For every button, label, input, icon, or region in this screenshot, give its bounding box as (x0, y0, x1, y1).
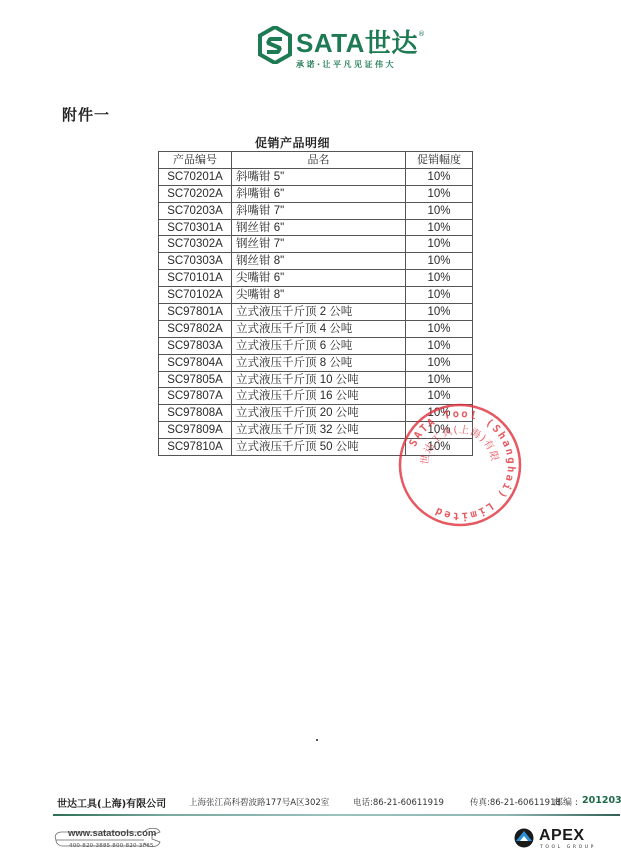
discount-cell: 10% (406, 337, 473, 354)
table-row: SC97803A立式液压千斤顶 6 公吨10% (159, 337, 473, 354)
table-row: SC70102A尖嘴钳 8"10% (159, 287, 473, 304)
table-title: 促销产品明细 (255, 134, 330, 151)
discount-cell: 10% (406, 253, 473, 270)
apex-mountain-icon (514, 828, 534, 848)
discount-cell: 10% (406, 270, 473, 287)
table-header-row: 产品编号 品名 促销幅度 (159, 152, 473, 169)
footer-company: 世达工具(上海)有限公司 (57, 795, 166, 810)
product-name-cell: 立式液压千斤顶 32 公吨 (232, 422, 406, 439)
footer-zip: 201203 (582, 795, 621, 806)
discount-cell: 10% (406, 168, 473, 185)
discount-cell: 10% (406, 371, 473, 388)
table-row: SC97802A立式液压千斤顶 4 公吨10% (159, 320, 473, 337)
product-code-cell: SC70303A (159, 253, 232, 270)
discount-cell: 10% (406, 439, 473, 456)
table-row: SC70302A钢丝钳 7"10% (159, 236, 473, 253)
discount-cell: 10% (406, 354, 473, 371)
product-code-cell: SC97805A (159, 371, 232, 388)
column-header-discount: 促销幅度 (406, 152, 473, 169)
sata-logo: SATA世达 ® 承诺·让平凡见证伟大 (258, 26, 448, 74)
sata-hexagon-icon (258, 26, 292, 64)
product-name-cell: 斜嘴钳 7" (232, 202, 406, 219)
attachment-title: 附件一 (62, 104, 110, 125)
product-name-cell: 立式液压千斤顶 10 公吨 (232, 371, 406, 388)
footer-phone: 电话:86-21-60611919 (353, 796, 444, 808)
product-code-cell: SC70102A (159, 287, 232, 304)
discount-cell: 10% (406, 236, 473, 253)
discount-cell: 10% (406, 422, 473, 439)
product-code-cell: SC97802A (159, 320, 232, 337)
product-name-cell: 钢丝钳 6" (232, 219, 406, 236)
table-row: SC70101A尖嘴钳 6"10% (159, 270, 473, 287)
discount-cell: 10% (406, 304, 473, 321)
registered-mark: ® (418, 30, 425, 38)
table-row: SC97810A立式液压千斤顶 50 公吨10% (159, 439, 473, 456)
table-row: SC97805A立式液压千斤顶 10 公吨10% (159, 371, 473, 388)
table-row: SC70202A斜嘴钳 6"10% (159, 185, 473, 202)
product-name-cell: 尖嘴钳 6" (232, 270, 406, 287)
discount-cell: 10% (406, 287, 473, 304)
scan-speck (316, 739, 318, 741)
column-header-name: 品名 (232, 152, 406, 169)
footer-divider (53, 814, 620, 816)
logo-slogan: 承诺·让平凡见证伟大 (296, 59, 396, 70)
product-code-cell: SC97809A (159, 422, 232, 439)
table-row: SC97804A立式液压千斤顶 8 公吨10% (159, 354, 473, 371)
product-name-cell: 斜嘴钳 6" (232, 185, 406, 202)
discount-cell: 10% (406, 219, 473, 236)
apex-logo: APEX TOOL GROUP (514, 828, 614, 854)
product-name-cell: 立式液压千斤顶 8 公吨 (232, 354, 406, 371)
product-name-cell: 钢丝钳 7" (232, 236, 406, 253)
table-row: SC70301A钢丝钳 6"10% (159, 219, 473, 236)
product-name-cell: 钢丝钳 8" (232, 253, 406, 270)
discount-cell: 10% (406, 320, 473, 337)
product-code-cell: SC70201A (159, 168, 232, 185)
table-row: SC97801A立式液压千斤顶 2 公吨10% (159, 304, 473, 321)
website-url[interactable]: www.satatools.com (68, 828, 156, 839)
product-code-cell: SC70101A (159, 270, 232, 287)
product-name-cell: 立式液压千斤顶 6 公吨 (232, 337, 406, 354)
product-name-cell: 立式液压千斤顶 20 公吨 (232, 405, 406, 422)
table-row: SC70203A斜嘴钳 7"10% (159, 202, 473, 219)
hotline-numbers: 400-820-3885 800-820-3885 (69, 843, 154, 849)
website-badge[interactable]: www.satatools.com 400-820-3885 800-820-3… (52, 826, 164, 856)
product-name-cell: 斜嘴钳 5" (232, 168, 406, 185)
product-code-cell: SC70203A (159, 202, 232, 219)
product-code-cell: SC70302A (159, 236, 232, 253)
table-row: SC97809A立式液压千斤顶 32 公吨10% (159, 422, 473, 439)
footer-info: 世达工具(上海)有限公司 上海张江高科碧波路177号A区302室 电话:86-2… (57, 795, 613, 811)
footer-address: 上海张江高科碧波路177号A区302室 (189, 796, 329, 808)
discount-cell: 10% (406, 405, 473, 422)
table-row: SC97807A立式液压千斤顶 16 公吨10% (159, 388, 473, 405)
product-code-cell: SC97810A (159, 439, 232, 456)
table-row: SC97808A立式液压千斤顶 20 公吨10% (159, 405, 473, 422)
product-name-cell: 立式液压千斤顶 16 公吨 (232, 388, 406, 405)
logo-wordmark: SATA世达 (296, 28, 418, 58)
product-code-cell: SC97803A (159, 337, 232, 354)
product-code-cell: SC70301A (159, 219, 232, 236)
table-row: SC70303A钢丝钳 8"10% (159, 253, 473, 270)
footer-zip-label: 邮编 : (554, 795, 578, 808)
column-header-code: 产品编号 (159, 152, 232, 169)
product-code-cell: SC97807A (159, 388, 232, 405)
product-name-cell: 立式液压千斤顶 2 公吨 (232, 304, 406, 321)
apex-subtitle: TOOL GROUP (540, 845, 596, 850)
discount-cell: 10% (406, 185, 473, 202)
product-code-cell: SC97808A (159, 405, 232, 422)
product-name-cell: 尖嘴钳 8" (232, 287, 406, 304)
discount-cell: 10% (406, 202, 473, 219)
apex-wordmark: APEX (539, 827, 585, 845)
product-name-cell: 立式液压千斤顶 50 公吨 (232, 439, 406, 456)
discount-cell: 10% (406, 388, 473, 405)
table-body: SC70201A斜嘴钳 5"10%SC70202A斜嘴钳 6"10%SC7020… (159, 168, 473, 455)
table-row: SC70201A斜嘴钳 5"10% (159, 168, 473, 185)
product-code-cell: SC97804A (159, 354, 232, 371)
promotion-table: 产品编号 品名 促销幅度 SC70201A斜嘴钳 5"10%SC70202A斜嘴… (158, 151, 473, 456)
footer-fax: 传真:86-21-60611918 (470, 796, 561, 808)
product-code-cell: SC70202A (159, 185, 232, 202)
product-name-cell: 立式液压千斤顶 4 公吨 (232, 320, 406, 337)
product-code-cell: SC97801A (159, 304, 232, 321)
